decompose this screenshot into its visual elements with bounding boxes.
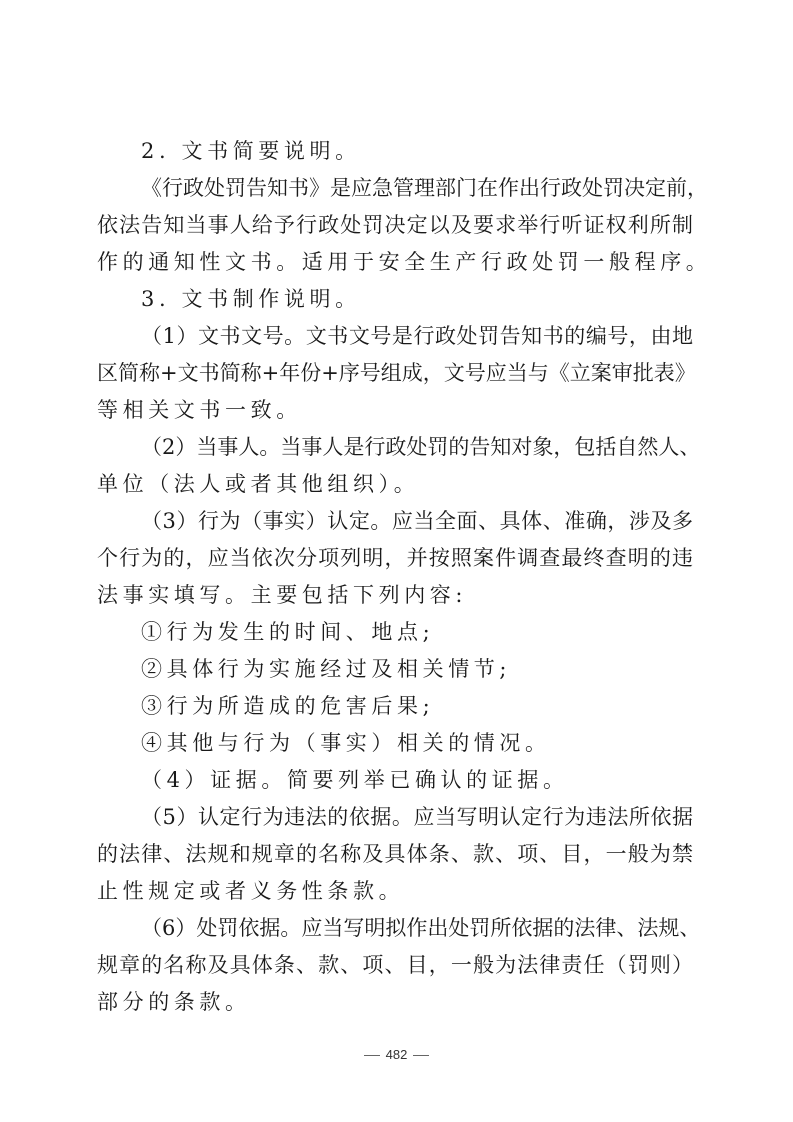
section-heading-3: 3. 文书制作说明。 [97, 281, 693, 318]
paragraph-line: 法事实填写。主要包括下列内容: [97, 577, 693, 614]
paragraph-line: 规章的名称及具体条、款、项、目，一般为法律责任（罚则） [97, 947, 693, 984]
paragraph-line: 止性规定或者义务性条款。 [97, 873, 693, 910]
paragraph-line: 依法告知当事人给予行政处罚决定以及要求举行听证权利所制 [97, 207, 693, 244]
list-item: ④其他与行为（事实）相关的情况。 [97, 725, 693, 762]
page-number: 482 [386, 1047, 408, 1062]
list-item: ②具体行为实施经过及相关情节; [97, 651, 693, 688]
paragraph-line: 作的通知性文书。适用于安全生产行政处罚一般程序。 [97, 244, 693, 281]
paragraph-line: 《行政处罚告知书》是应急管理部门在作出行政处罚决定前， [97, 170, 693, 207]
paragraph-line: 个行为的，应当依次分项列明，并按照案件调查最终查明的违 [97, 540, 693, 577]
dash-left [364, 1055, 380, 1056]
paragraph-line: （6）处罚依据。应当写明拟作出处罚所依据的法律、法规、 [97, 910, 693, 947]
section-heading-2: 2. 文书简要说明。 [97, 133, 693, 170]
paragraph-line: （5）认定行为违法的依据。应当写明认定行为违法所依据 [97, 799, 693, 836]
paragraph-line: （2）当事人。当事人是行政处罚的告知对象，包括自然人、 [97, 429, 693, 466]
paragraph-line: （1）文书文号。文书文号是行政处罚告知书的编号，由地 [97, 318, 693, 355]
list-item: ①行为发生的时间、地点; [97, 614, 693, 651]
paragraph-line: 等相关文书一致。 [97, 392, 693, 429]
paragraph-line: 的法律、法规和规章的名称及具体条、款、项、目，一般为禁 [97, 836, 693, 873]
dash-right [413, 1055, 429, 1056]
list-item: ③行为所造成的危害后果; [97, 688, 693, 725]
page-footer: 482 [0, 1047, 793, 1062]
paragraph-line: （3）行为（事实）认定。应当全面、具体、准确，涉及多 [97, 503, 693, 540]
document-body: 2. 文书简要说明。 《行政处罚告知书》是应急管理部门在作出行政处罚决定前， 依… [97, 133, 693, 1021]
paragraph-line: 部分的条款。 [97, 984, 693, 1021]
paragraph-line: 单位（法人或者其他组织）。 [97, 466, 693, 503]
paragraph-line: （4）证据。简要列举已确认的证据。 [97, 762, 693, 799]
paragraph-line: 区简称+文书简称+年份+序号组成，文号应当与《立案审批表》 [97, 355, 693, 392]
